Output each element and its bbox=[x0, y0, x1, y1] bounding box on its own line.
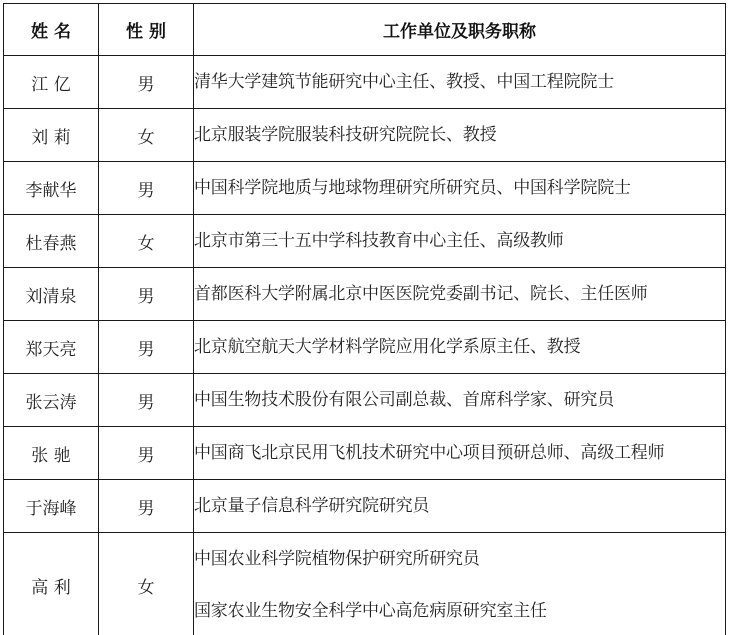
position-line: 北京量子信息科学研究院研究员 bbox=[194, 480, 725, 532]
table-row: 刘清泉 男 首都医科大学附属北京中医医院党委副书记、院长、主任医师 bbox=[4, 268, 726, 321]
cell-name: 张云涛 bbox=[4, 374, 99, 427]
table-row: 刘 莉 女 北京服装学院服装科技研究院院长、教授 bbox=[4, 109, 726, 162]
cell-position: 首都医科大学附属北京中医医院党委副书记、院长、主任医师 bbox=[194, 268, 726, 321]
cell-name: 刘清泉 bbox=[4, 268, 99, 321]
cell-name: 江 亿 bbox=[4, 56, 99, 109]
cell-name: 杜春燕 bbox=[4, 215, 99, 268]
table-row: 于海峰 男 北京量子信息科学研究院研究员 bbox=[4, 480, 726, 533]
cell-gender: 女 bbox=[99, 533, 194, 635]
cell-gender: 男 bbox=[99, 374, 194, 427]
table-row: 李献华 男 中国科学院地质与地球物理研究所研究员、中国科学院院士 bbox=[4, 162, 726, 215]
cell-name: 李献华 bbox=[4, 162, 99, 215]
cell-position: 北京航空航天大学材料学院应用化学系原主任、教授 bbox=[194, 321, 726, 374]
table-row: 杜春燕 女 北京市第三十五中学科技教育中心主任、高级教师 bbox=[4, 215, 726, 268]
header-gender: 性 别 bbox=[99, 4, 194, 56]
table-row: 张 驰 男 中国商飞北京民用飞机技术研究中心项目预研总师、高级工程师 bbox=[4, 427, 726, 480]
cell-name: 于海峰 bbox=[4, 480, 99, 533]
cell-position: 中国科学院地质与地球物理研究所研究员、中国科学院院士 bbox=[194, 162, 726, 215]
cell-name: 张 驰 bbox=[4, 427, 99, 480]
cell-gender: 男 bbox=[99, 162, 194, 215]
cell-name: 高 利 bbox=[4, 533, 99, 635]
table-row: 高 利 女 中国农业科学院植物保护研究所研究员 国家农业生物安全科学中心高危病原… bbox=[4, 533, 726, 635]
cell-position: 清华大学建筑节能研究中心主任、教授、中国工程院院士 bbox=[194, 56, 726, 109]
cell-position: 北京市第三十五中学科技教育中心主任、高级教师 bbox=[194, 215, 726, 268]
cell-name: 刘 莉 bbox=[4, 109, 99, 162]
table-row: 郑天亮 男 北京航空航天大学材料学院应用化学系原主任、教授 bbox=[4, 321, 726, 374]
position-line: 首都医科大学附属北京中医医院党委副书记、院长、主任医师 bbox=[194, 268, 725, 320]
cell-gender: 男 bbox=[99, 480, 194, 533]
cell-position: 北京服装学院服装科技研究院院长、教授 bbox=[194, 109, 726, 162]
position-line: 中国生物技术股份有限公司副总裁、首席科学家、研究员 bbox=[194, 374, 725, 426]
position-line: 中国商飞北京民用飞机技术研究中心项目预研总师、高级工程师 bbox=[194, 427, 725, 479]
position-line: 中国科学院地质与地球物理研究所研究员、中国科学院院士 bbox=[194, 162, 725, 214]
position-line: 北京航空航天大学材料学院应用化学系原主任、教授 bbox=[194, 321, 725, 373]
header-name: 姓 名 bbox=[4, 4, 99, 56]
cell-gender: 男 bbox=[99, 268, 194, 321]
cell-name: 郑天亮 bbox=[4, 321, 99, 374]
personnel-table: 姓 名 性 别 工作单位及职务职称 江 亿 男 清华大学建筑节能研究中心主任、教… bbox=[3, 3, 726, 635]
header-position: 工作单位及职务职称 bbox=[194, 4, 726, 56]
cell-gender: 女 bbox=[99, 215, 194, 268]
position-line: 清华大学建筑节能研究中心主任、教授、中国工程院院士 bbox=[194, 56, 725, 108]
position-line: 国家农业生物安全科学中心高危病原研究室主任 bbox=[194, 585, 725, 635]
cell-gender: 男 bbox=[99, 321, 194, 374]
position-line: 北京市第三十五中学科技教育中心主任、高级教师 bbox=[194, 215, 725, 267]
position-line: 中国农业科学院植物保护研究所研究员 bbox=[194, 533, 725, 585]
cell-position: 中国商飞北京民用飞机技术研究中心项目预研总师、高级工程师 bbox=[194, 427, 726, 480]
table-header-row: 姓 名 性 别 工作单位及职务职称 bbox=[4, 4, 726, 56]
cell-gender: 男 bbox=[99, 56, 194, 109]
table-row: 张云涛 男 中国生物技术股份有限公司副总裁、首席科学家、研究员 bbox=[4, 374, 726, 427]
cell-position: 中国农业科学院植物保护研究所研究员 国家农业生物安全科学中心高危病原研究室主任 bbox=[194, 533, 726, 635]
position-line: 北京服装学院服装科技研究院院长、教授 bbox=[194, 109, 725, 161]
cell-position: 中国生物技术股份有限公司副总裁、首席科学家、研究员 bbox=[194, 374, 726, 427]
cell-position: 北京量子信息科学研究院研究员 bbox=[194, 480, 726, 533]
cell-gender: 男 bbox=[99, 427, 194, 480]
table-row: 江 亿 男 清华大学建筑节能研究中心主任、教授、中国工程院院士 bbox=[4, 56, 726, 109]
cell-gender: 女 bbox=[99, 109, 194, 162]
